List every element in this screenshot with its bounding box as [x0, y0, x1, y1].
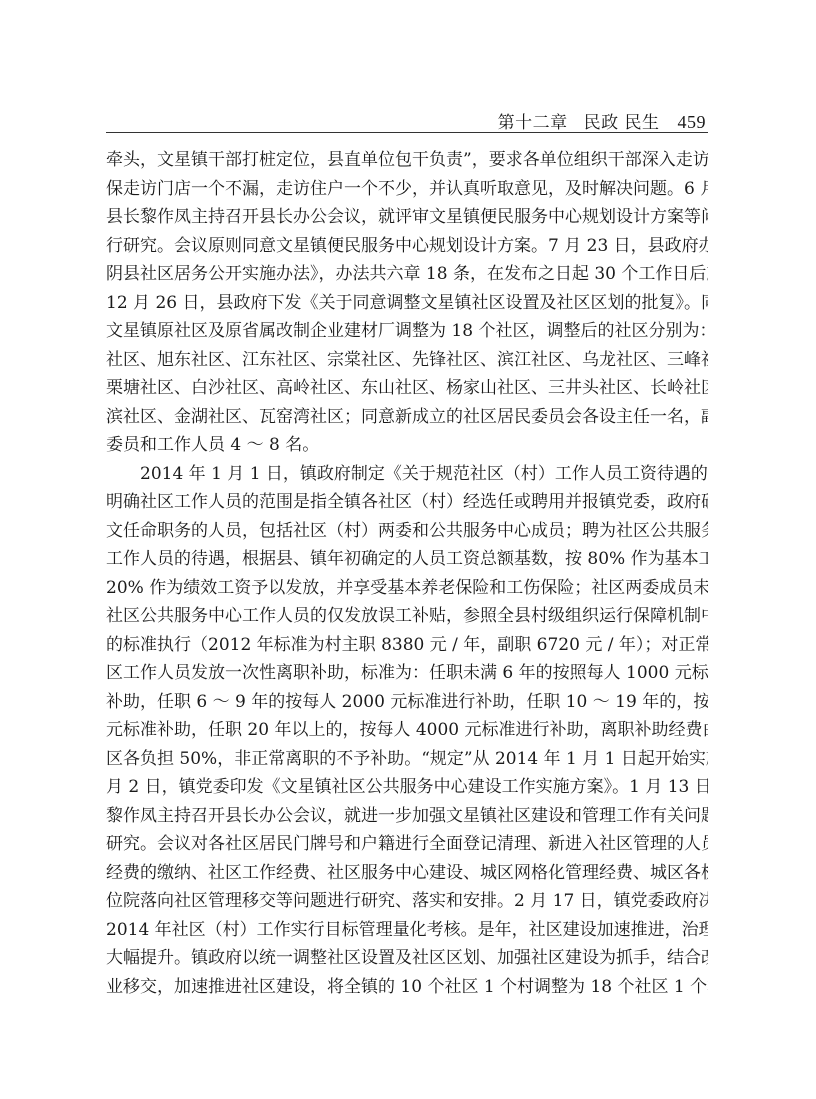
text-line: 经费的缴纳、社区工作经费、社区服务中心建设、城区网格化管理经费、城区各机关单 — [106, 859, 708, 888]
text-line: 位院落向社区管理移交等问题进行研究、落实和安排。2 月 17 日，镇党委政府决定… — [106, 887, 708, 916]
text-line: 大幅提升。镇政府以统一调整社区设置及社区区划、加强社区建设为抓手，结合改制企 — [106, 944, 708, 973]
paragraph-first-line: 2014 年 1 月 1 日，镇政府制定《关于规范社区（村）工作人员工资待遇的暂… — [106, 460, 708, 489]
text-line: 研究。会议对各社区居民门牌号和户籍进行全面登记清理、新进入社区管理的人员管理 — [106, 830, 708, 859]
text-line: 元标准补助，任职 20 年以上的，按每人 4000 元标准进行补助，离职补助经费… — [106, 716, 708, 745]
text-line: 保走访门店一个不漏，走访住户一个不少，并认真听取意见，及时解决问题。6 月 14… — [106, 175, 708, 204]
text-line: 工作人员的待遇，根据县、镇年初确定的人员工资总额基数，按 80% 作为基本工资， — [106, 545, 708, 574]
text-line: 补助，任职 6 ～ 9 年的按每人 2000 元标准进行补助，任职 10 ～ 1… — [106, 688, 708, 717]
text-line: 明确社区工作人员的范围是指全镇各社区（村）经选任或聘用并报镇党委，政府确认发 — [106, 488, 708, 517]
chapter-title: 第十二章 — [498, 113, 568, 133]
text-line: 阴县社区居务公开实施办法》，办法共六章 18 条，在发布之日起 30 个工作日后… — [106, 260, 708, 289]
page-number: 459 — [678, 112, 707, 133]
text-line: 的标准执行（2012 年标准为村主职 8380 元 / 年，副职 6720 元 … — [106, 631, 708, 660]
text-line: 业移交，加速推进社区建设，将全镇的 10 个社区 1 个村调整为 18 个社区 … — [106, 973, 708, 1002]
running-header-text: 第十二章民政 民生459 — [498, 108, 706, 133]
text-line: 社区、旭东社区、江东社区、宗棠社区、先锋社区、滨江社区、乌龙社区、三峰社区、 — [106, 346, 708, 375]
section-title: 民政 民生 — [584, 113, 660, 133]
running-header: 第十二章民政 民生459 — [106, 106, 708, 133]
text-line: 栗塘社区、白沙社区、高岭社区、东山社区、杨家山社区、三井头社区、长岭社区、望 — [106, 374, 708, 403]
text-line: 牵头，文星镇干部打桩定位，县直单位包干负责”，要求各单位组织干部深入走访，确 — [106, 146, 708, 175]
text-line: 委员和工作人员 4 ～ 8 名。 — [106, 431, 708, 460]
body-text: 牵头，文星镇干部打桩定位，县直单位包干负责”，要求各单位组织干部深入走访，确 保… — [106, 146, 708, 1001]
text-line: 区各负担 50%，非正常离职的不予补助。“规定”从 2014 年 1 月 1 日… — [106, 745, 708, 774]
text-line: 黎作凤主持召开县长办公会议，就进一步加强文星镇社区建设和管理工作有关问题进行 — [106, 802, 708, 831]
text-line: 12 月 26 日，县政府下发《关于同意调整文星镇社区设置及社区区划的批复》。同… — [106, 289, 708, 318]
text-line: 县长黎作凤主持召开县长办公会议，就评审文星镇便民服务中心规划设计方案等问题进 — [106, 203, 708, 232]
text-line: 区工作人员发放一次性离职补助，标准为：任职未满 6 年的按照每人 1000 元标… — [106, 659, 708, 688]
text-line: 20% 作为绩效工资予以发放，并享受基本养老保险和工伤保险；社区两委成员未被聘为 — [106, 574, 708, 603]
text-line: 文星镇原社区及原省属改制企业建材厂调整为 18 个社区，调整后的社区分别为：东湖 — [106, 317, 708, 346]
text-line: 月 2 日，镇党委印发《文星镇社区公共服务中心建设工作实施方案》。1 月 13 … — [106, 773, 708, 802]
text-line: 社区公共服务中心工作人员的仅发放误工补贴，参照全县村级组织运行保障机制中确定 — [106, 602, 708, 631]
text-line: 滨社区、金湖社区、瓦窑湾社区；同意新成立的社区居民委员会各设主任一名，副主任、 — [106, 403, 708, 432]
text-line: 行研究。会议原则同意文星镇便民服务中心规划设计方案。7 月 23 日，县政府办印… — [106, 232, 708, 261]
text-line: 2014 年社区（村）工作实行目标管理量化考核。是年，社区建设加速推进，治理水平 — [106, 916, 708, 945]
text-line: 文任命职务的人员，包括社区（村）两委和公共服务中心成员；聘为社区公共服务中心 — [106, 517, 708, 546]
